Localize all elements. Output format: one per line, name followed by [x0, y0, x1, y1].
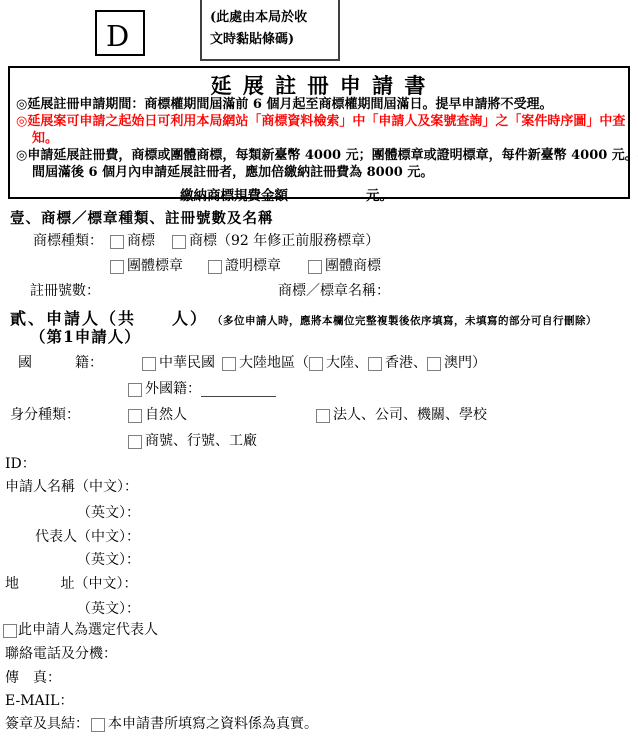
mark-kind-label: 商標種類： [33, 233, 103, 250]
notice-fee-line1: ◎申請延展註冊費，商標或團體商標，每類新臺幣 4000 元；團體標章或證明標章，… [16, 148, 638, 163]
applicant-name-en-label: （英文）： [77, 505, 140, 522]
checkbox-collective-trademark[interactable] [308, 260, 322, 274]
legal-entity-label: 法人、公司、機關、學校 [333, 407, 487, 424]
certification-mark-label: 證明標章 [225, 258, 281, 275]
fee-amount-row: 繳納商標規費金額 元。 [180, 184, 393, 204]
address-en-label: （英文）： [77, 601, 140, 618]
representative-en-label: （英文）： [77, 552, 140, 569]
notice-period: ◎延展註冊申請期間：商標權期間屆滿前 6 個月起至商標權期間屆滿日。提早申請將不… [16, 97, 552, 112]
delegate-representative-row: 此申請人為選定代表人 [3, 622, 158, 639]
macau-label: 澳門） [444, 355, 486, 372]
checkbox-delegate-representative[interactable] [3, 624, 17, 638]
identity-kind-label: 身分種類： [10, 407, 80, 424]
checkbox-mainland-area[interactable] [222, 357, 236, 371]
application-form-page: D (此處由本局於收 文時黏貼條碼) 延 展 註 冊 申 請 書 ◎延展註冊申請… [0, 0, 638, 741]
fee-amount-label: 繳納商標規費金額 [180, 184, 288, 204]
checkbox-trademark-pre92[interactable] [172, 235, 186, 249]
section2-title-note: （多位申請人時，應將本欄位完整複製後依序填寫，未填寫的部分可自行刪除） [212, 313, 597, 328]
collective-mark-label: 團體標章 [127, 258, 183, 275]
business-firm-row: 商號、行號、工廠 [128, 433, 257, 450]
checkbox-certification-mark[interactable] [208, 260, 222, 274]
document-code: D [106, 22, 129, 51]
fax-label: 傳 真： [5, 670, 61, 687]
checkbox-trademark[interactable] [110, 235, 124, 249]
checkbox-foreign[interactable] [128, 383, 142, 397]
nationality-label-1: 國 [18, 355, 32, 372]
id-label: ID： [5, 456, 36, 473]
mainland-label: 大陸、 [326, 355, 368, 372]
foreign-nationality-row: 外國籍： [128, 381, 276, 398]
foreign-label: 外國籍： [145, 381, 201, 398]
checkbox-collective-mark[interactable] [110, 260, 124, 274]
signature-label: 簽章及具結： [5, 716, 89, 733]
business-firm-label: 商號、行號、工廠 [145, 433, 257, 450]
checkbox-legal-entity[interactable] [316, 409, 330, 423]
checkbox-mainland[interactable] [309, 357, 323, 371]
nationality-label-2: 籍： [75, 355, 103, 372]
mark-kind-row: 商標種類： 商標 商標（92 年修正前服務標章） [33, 233, 379, 250]
representative-zh-label: 代表人（中文）： [35, 529, 140, 546]
nationality-row: 國 籍： 中華民國 大陸地區（ 大陸、 香港、 澳門） [18, 355, 486, 372]
barcode-note-line1: (此處由本局於收 [210, 7, 338, 29]
address-char: 地 [5, 576, 19, 592]
hongkong-label: 香港、 [385, 355, 427, 372]
applicant1-header: （第1申請人） [30, 325, 141, 347]
notice-start-date-line2: 知。 [32, 131, 58, 146]
checkbox-declaration[interactable] [91, 718, 105, 732]
email-label: E-MAIL： [5, 693, 73, 710]
address-zh-row: 地 址（中文）： [5, 576, 137, 593]
declaration-statement: 本申請書所填寫之資料係為真實。 [108, 716, 318, 733]
document-code-box: D [95, 10, 145, 56]
collective-trademark-label: 團體商標 [325, 258, 381, 275]
roc-label: 中華民國 [159, 355, 215, 372]
identity-kind-row: 身分種類： 自然人 法人、公司、機關、學校 [10, 407, 487, 424]
section1-title: 壹、商標／標章種類、註冊號數及名稱 [10, 210, 274, 228]
notice-box: 延 展 註 冊 申 請 書 ◎延展註冊申請期間：商標權期間屆滿前 6 個月起至商… [8, 66, 630, 199]
trademark-pre92-label: 商標（92 年修正前服務標章） [189, 233, 379, 250]
checkbox-roc[interactable] [142, 357, 156, 371]
checkbox-hongkong[interactable] [368, 357, 382, 371]
delegate-representative-label: 此申請人為選定代表人 [18, 622, 158, 639]
address-zh-label: 址（中文）： [60, 576, 137, 592]
phone-label: 聯絡電話及分機： [5, 646, 117, 663]
registration-number-label: 註冊號數： [30, 283, 100, 300]
trademark-label: 商標 [127, 233, 155, 250]
foreign-nationality-blank[interactable] [201, 382, 276, 397]
signature-declaration-row: 簽章及具結： 本申請書所填寫之資料係為真實。 [5, 716, 318, 733]
mark-name-label: 商標／標章名稱： [278, 283, 390, 300]
checkbox-business-firm[interactable] [128, 435, 142, 449]
fee-amount-unit: 元。 [366, 184, 393, 204]
form-title: 延 展 註 冊 申 請 書 [10, 70, 628, 100]
checkbox-macau[interactable] [427, 357, 441, 371]
mark-kind-row2: 團體標章 證明標章 團體商標 [110, 258, 381, 275]
mainland-area-label: 大陸地區（ [239, 355, 309, 372]
natural-person-label: 自然人 [145, 407, 187, 424]
checkbox-natural-person[interactable] [128, 409, 142, 423]
notice-fee-line2: 間屆滿後 6 個月內申請延展註冊者，應加倍繳納註冊費為 8000 元。 [32, 165, 433, 180]
applicant-name-zh-label: 申請人名稱（中文）： [5, 479, 138, 496]
barcode-note-line2: 文時黏貼條碼) [210, 29, 338, 51]
notice-start-date-line1: ◎延展案可申請之起始日可利用本局網站「商標資料檢索」中「申請人及案號查詢」之「案… [16, 114, 625, 129]
barcode-paste-box: (此處由本局於收 文時黏貼條碼) [200, 0, 340, 61]
